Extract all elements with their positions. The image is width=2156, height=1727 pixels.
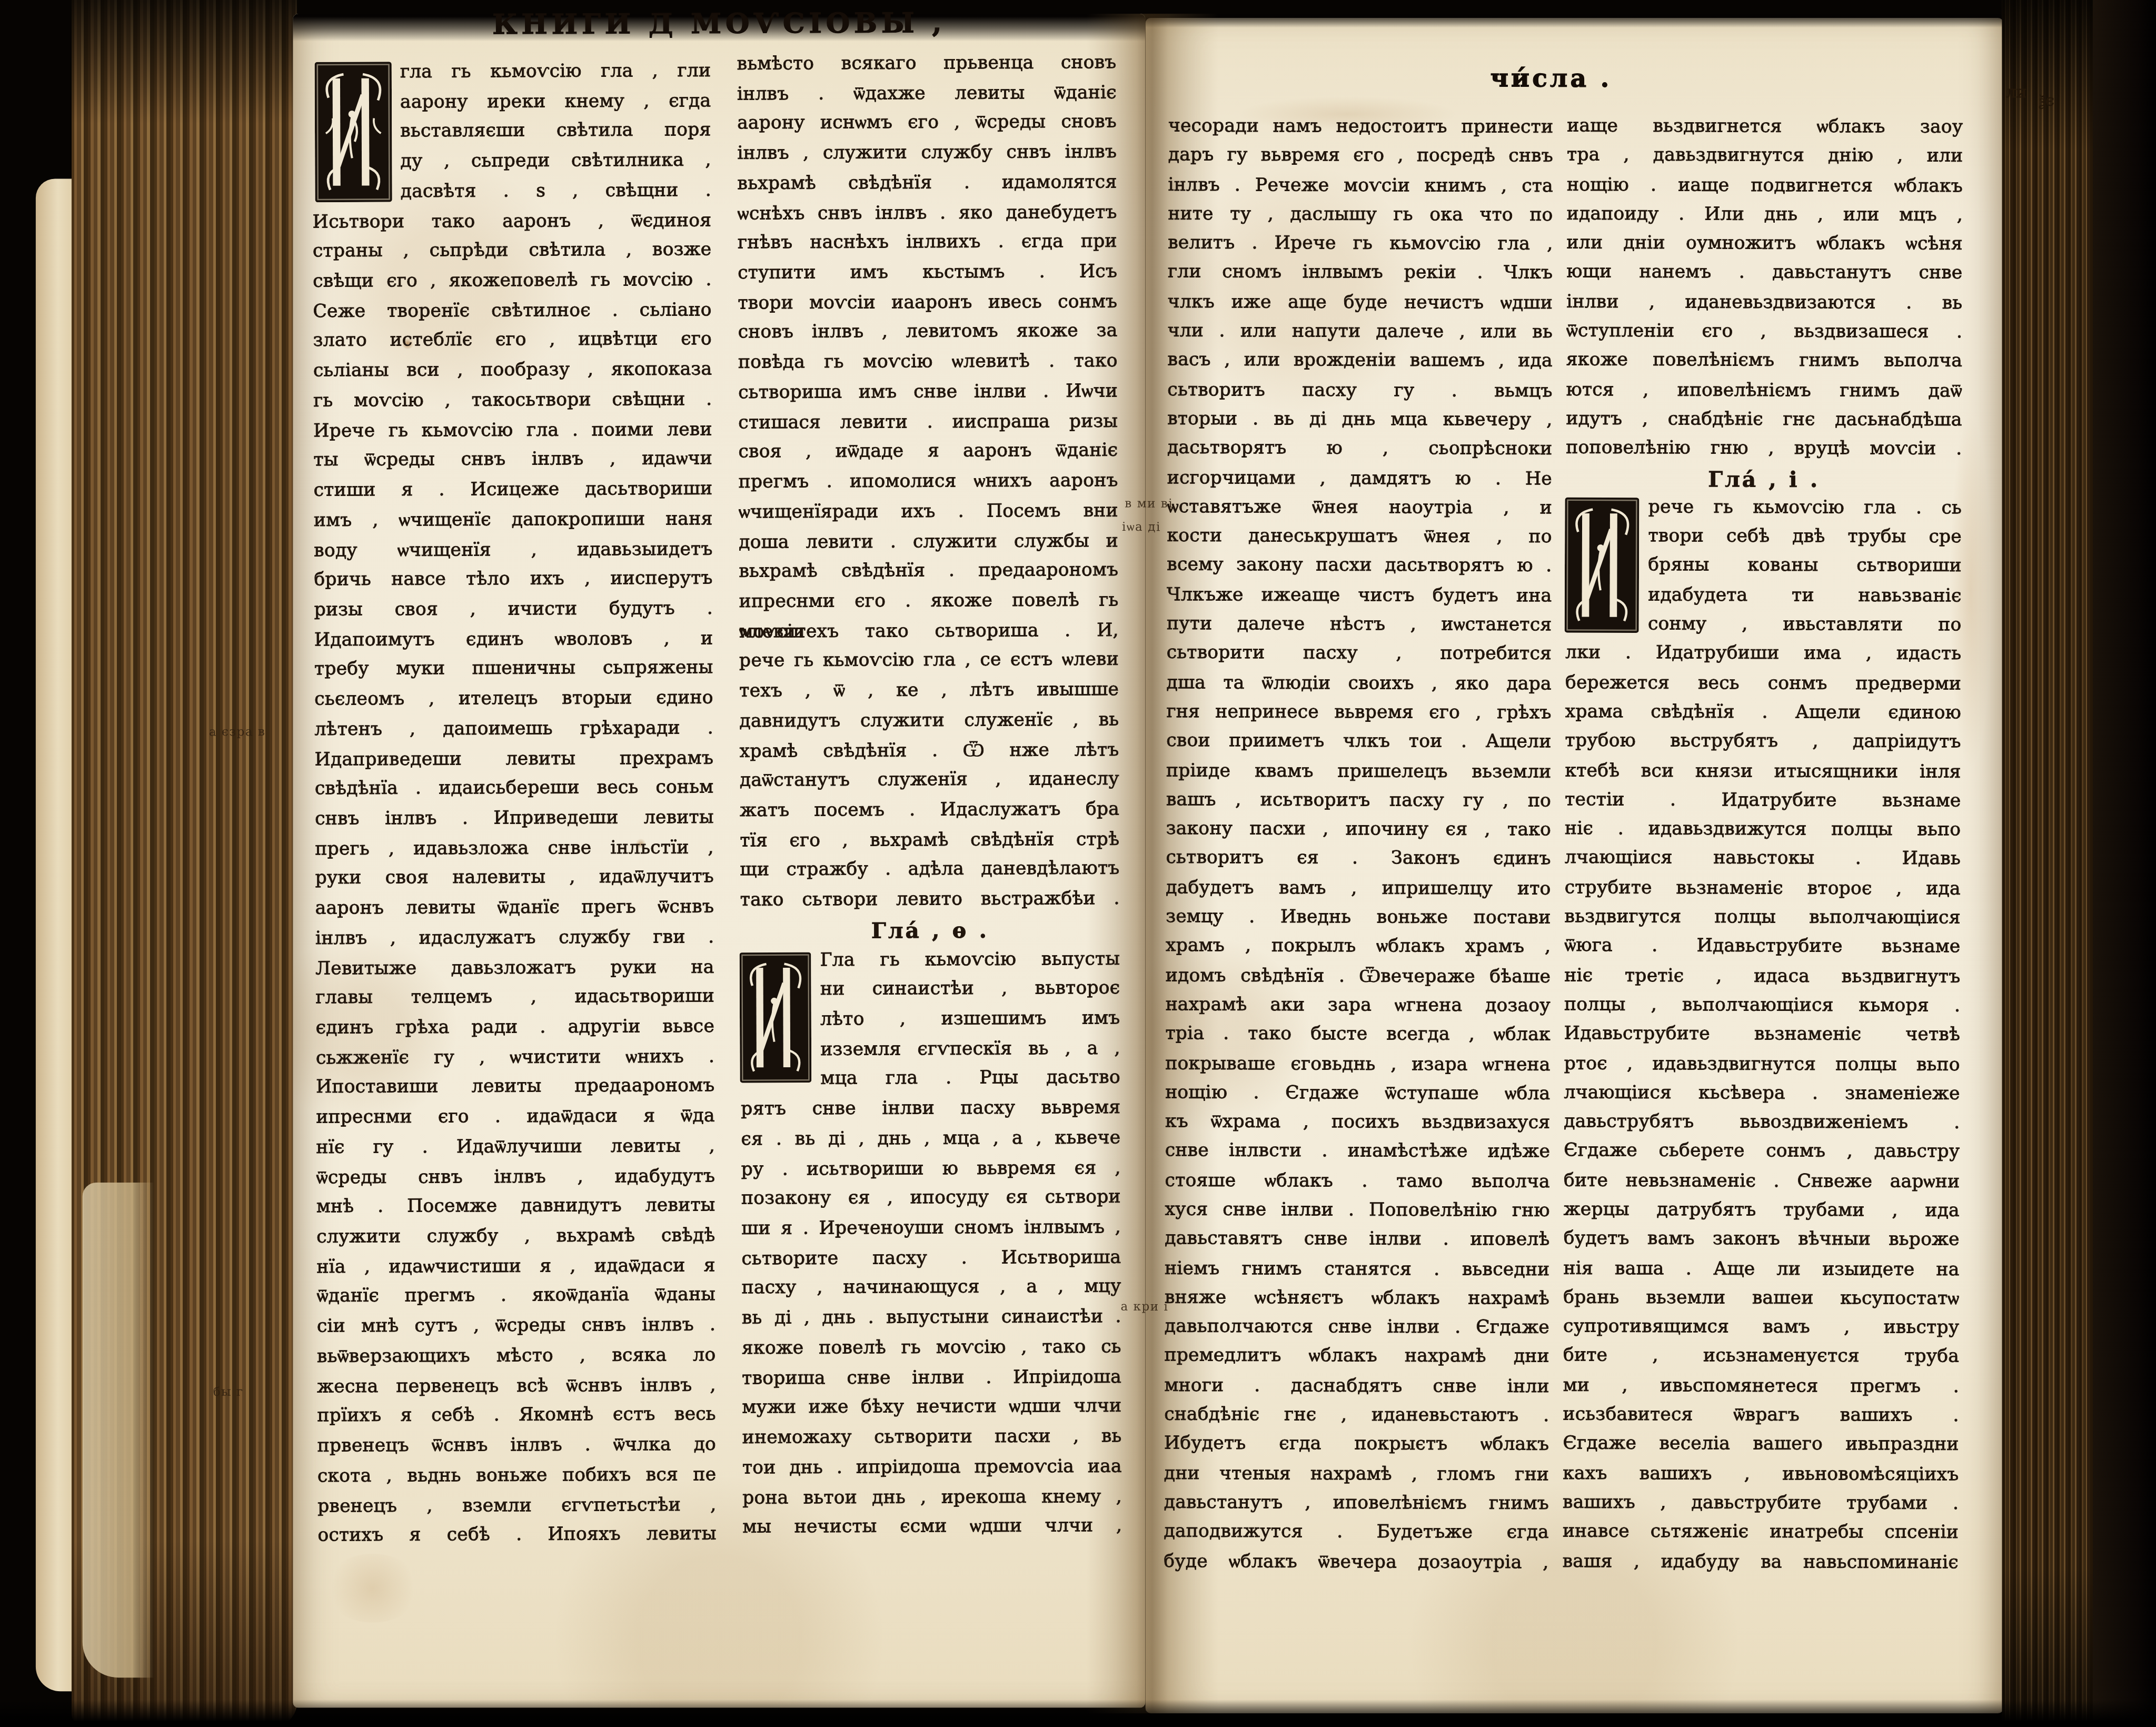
text-line: бите , исьзнаменуєтся труба [1563, 1342, 1959, 1373]
text-line: требу муки пшеничны сьпряжены [314, 654, 713, 686]
text-line: остихъ я себѣ . Ипояхъ левиты [317, 1521, 717, 1552]
text-line: тріа . тако бысте всегда , ѡблак [1165, 1020, 1550, 1050]
text-line: свѣдѣнїа . идаисьбереши весь соньм [315, 774, 714, 806]
text-line: мнѣ . Посемже давнидутъ левиты [316, 1192, 716, 1224]
text-column-1: гла гь кьмоѵсію гла , глиаарону иреки кн… [312, 57, 717, 1552]
chapter-heading: Гла́ , і . [1566, 463, 1962, 494]
margin-note-reference: а кри і [1120, 1301, 1168, 1314]
text-line: Ибудетъ єгда покрыєтъ ѡблакъ [1164, 1430, 1549, 1461]
text-line: дша та ѿлюдіи своихъ , яко дара [1167, 669, 1552, 699]
text-line: Ипоставиши левиты предаарономъ [316, 1073, 715, 1104]
text-line: многи . даснабдятъ снве інли [1164, 1372, 1549, 1402]
text-line: пріиде квамъ пришелецъ вьземли [1166, 757, 1551, 787]
text-line: буде ѡблакъ ѿвечера дозаоутріа , [1164, 1547, 1548, 1577]
text-column-3: чесоради намъ недостоитъ принестидаръ гу… [1164, 112, 1553, 1577]
text-line: вняже ѡсѣняєтъ ѡблакъ нахрамѣ [1165, 1284, 1549, 1314]
text-line: храмѣ свѣдѣнїя . Ѿ нже лѣтъ [740, 736, 1119, 767]
text-line: лки . Идатрубиши има , идасть [1565, 639, 1961, 670]
text-line: првенецъ ѿснвъ інлвъ . ѿчлка до [317, 1431, 717, 1462]
text-line: храмъ , покрылъ ѡблакъ храмъ , [1166, 932, 1551, 962]
text-line: покрываше єговьднь , изара ѡгнена [1165, 1049, 1550, 1080]
text-line: доша левити . служити службы и [739, 527, 1118, 558]
text-line: нія ваша . Аще ли изыидете на [1563, 1254, 1959, 1285]
text-column-2: вьмѣсто всякаго прьвенца сновъінлвъ . ѿд… [737, 49, 1122, 1544]
text-line: закону пасхи , ипочину єя , тако [1166, 815, 1551, 846]
top-shadow-right-page [1145, 14, 2003, 27]
text-line: брань вьземли вашеи кьсупостатѡ [1563, 1284, 1959, 1314]
text-line: сьтворитъ пасху гу . вьмцъ [1167, 376, 1552, 406]
text-line: снве інлвсти . инамѣстѣже идѣже [1165, 1137, 1550, 1168]
text-line: давьставятъ снве інлви . иповелѣ [1165, 1225, 1549, 1256]
running-title-left: КНИГИ Д МОѴСІОВЫ , [423, 6, 1015, 41]
text-line: васъ , или врожденіи вашемъ , ида [1167, 346, 1552, 377]
text-line: пасху , начинающуся , а , мцу [742, 1273, 1121, 1304]
text-line: бричь навсе тѣло ихъ , иисперутъ [314, 564, 713, 596]
text-line: кости данеськрушатъ ѿнея , по [1167, 522, 1552, 553]
text-line: Левитыже давьзложатъ руки на [315, 953, 714, 985]
text-line: ты ѿсреды снвъ інлвъ , идаѡчи [313, 445, 712, 477]
margin-note-reference: бы г [213, 1386, 244, 1400]
text-line: Члкъже ижеаще чистъ будетъ ина [1167, 581, 1552, 611]
text-line: ризы своя , ичисти будутъ . [314, 594, 713, 626]
text-line: нїє гу . Идаѿлучиши левиты , [316, 1132, 715, 1164]
text-line: Сеже творенїє свѣтилноє . сьліано [313, 296, 712, 327]
text-line: вашя , идабуду ва навьспоминаніє [1563, 1547, 1959, 1577]
text-line: ипреснми єго . идаѿдаси я ѿда [316, 1102, 715, 1134]
text-line: прегь , идавьзложа снве інльстїи , [315, 833, 714, 865]
text-line: рвенецъ , вземли єгѵпетьстѣи , [317, 1491, 717, 1522]
text-line: лчающіися навьстокы . Идавь [1565, 844, 1961, 875]
text-line: тестіи . Идатрубите вьзнаме [1565, 786, 1961, 816]
text-line: ѿступленіи єго , вьздвизашеся . [1566, 317, 1962, 348]
text-line: премедлитъ ѡблакъ нахрамѣ дни [1165, 1342, 1549, 1373]
text-line: прегмъ . ипомолися ѡнихъ ааронъ [739, 467, 1118, 498]
text-line: повѣда гь моѵсію ѡлевитѣ . тако [738, 348, 1118, 379]
text-line: якоже повелѣніємъ гнимъ вьполча [1566, 346, 1962, 377]
text-line: Идаприведеши левиты прехрамъ [315, 744, 714, 776]
text-line: ктебѣ вси князи итысящники інля [1565, 757, 1961, 787]
text-line: інлвъ . ѿдахже левиты ѿданіє [737, 78, 1117, 110]
text-line: вьздвигутся полцы вьполчающіися [1564, 903, 1960, 934]
text-line: страны , сьпрѣди свѣтила , возже [313, 236, 712, 268]
text-line: сьтворитъ єя . Законъ єдинъ [1166, 844, 1551, 875]
ornamental-initial-izhe-ch9 [740, 949, 812, 1092]
text-line: идапоиду . Или днь , или мцъ , [1567, 200, 1963, 231]
running-title-right: чи́сла . [1427, 64, 1675, 94]
text-line: жерцы датрубятъ трубами , ида [1564, 1196, 1960, 1226]
text-line: вь ді , днь . вьпустыни синаистѣи . [742, 1303, 1121, 1334]
text-line: будетъ вамъ законъ вѣчныи вьроже [1564, 1225, 1960, 1255]
text-line: Єгдаже сьберете сонмъ , давьстру [1564, 1137, 1960, 1168]
text-line: ааронъ левиты ѿданїє прегь ѿснвъ [315, 893, 714, 925]
ornamental-initial-izhe-ch10 [1565, 497, 1640, 640]
text-line: свои прииметъ члкъ тои . Ащели [1166, 727, 1551, 758]
text-line: рече гь кьмоѵсію гла , се єстъ ѡлеви [739, 646, 1119, 677]
text-line: інлви , иданевьздвизаются . вь [1566, 288, 1962, 319]
text-line: полцы , вьполчающіися кьморя . [1564, 991, 1960, 1021]
text-line: дни чтеныя нахрамѣ , гломъ гни [1164, 1459, 1549, 1490]
text-line: велитъ . Ирече гь кьмоѵсію гла , [1168, 229, 1553, 260]
text-line: идутъ , снабдѣніє гнє дасьнабдѣша [1566, 405, 1962, 435]
text-line: ртоє , идавьздвигнутся полцы вьпо [1564, 1049, 1960, 1080]
text-line: Ирече гь кьмоѵсію гла . поими леви [313, 415, 712, 447]
text-line: главы телцемъ , идасьтвориши [315, 983, 714, 1015]
text-line: ющи нанемъ . давьстанутъ снве [1566, 259, 1962, 289]
text-line: стояше ѡблакъ . тамо вьполча [1165, 1166, 1550, 1197]
text-line: вашихъ , давьструбите трубами . [1563, 1488, 1959, 1519]
text-line: вьхрамѣ свѣдѣнїя . предаарономъ [739, 557, 1118, 588]
text-line: сіи мнѣ сутъ , ѿсреды снвъ інлвъ . [317, 1312, 716, 1343]
text-line: інлвъ , идаслужатъ службу гви . [315, 923, 714, 955]
text-line: дасьтворятъ ю , сьопрѣсноки [1167, 434, 1552, 465]
text-line: даподвижутся . Будетъже єгда [1164, 1518, 1548, 1549]
text-line: тїя єго , вьхрамѣ свѣдѣнїя стрѣ [740, 825, 1119, 856]
margin-note-reference: в ми ві [1125, 498, 1173, 511]
text-line: храма свѣдѣнїя . Ащели єдиною [1565, 698, 1961, 728]
text-line: исгорчицами , дамдятъ ю . Не [1167, 463, 1552, 494]
text-line: вьмѣсто всякаго прьвенца сновъ [737, 49, 1117, 80]
text-line: давьструбятъ вьвоздвиженіемъ . [1564, 1108, 1960, 1138]
text-line: сновъ інлвъ , левитомъ якоже за [738, 317, 1118, 349]
text-line: кахъ вашихъ , ивьновомѣсяціихъ [1563, 1459, 1959, 1490]
text-line: жатъ посемъ . Идаслужатъ бра [740, 796, 1119, 827]
text-line: гня непринесе вьвремя єго , грѣхъ [1166, 698, 1551, 728]
text-line: твориша снве інлви . Ипріидоша [742, 1363, 1121, 1394]
text-line: инавсе сьтяженіє инатребы спсеніи [1563, 1518, 1959, 1549]
text-line: исьзбавитеся ѿврагъ вашихъ . [1563, 1401, 1959, 1431]
text-line: нїа , идаѡчистиши я , идаѿдаси я [316, 1252, 716, 1283]
text-line: ніє третіє , идаса вьздвигнутъ [1564, 961, 1960, 992]
text-line: давьполчаются снве інлви . Єгдаже [1165, 1313, 1549, 1343]
text-line: всему закону пасхи дасьтворятъ ю . [1167, 551, 1552, 582]
text-column-4: иаще вьздвигнется ѡблакъ заоутра , давьз… [1563, 112, 1963, 1577]
text-line: ѡчищенїяради ихъ . Посемъ вни [739, 497, 1118, 528]
text-line: воду ѡчищенїя , идавьзыидетъ [314, 535, 713, 567]
text-line: ните ту , даслышу гь ока что по [1168, 200, 1553, 231]
text-line: чесоради намъ недостоитъ принести [1168, 112, 1553, 143]
text-line: члкъ иже аще буде нечистъ ѡдши [1168, 288, 1553, 319]
text-line: хуся снве інлви . Поповелѣнію гню [1165, 1196, 1549, 1226]
text-line: инеможаху сьтворити пасхи , вь [742, 1423, 1122, 1454]
leaf-number: ѯє [2039, 91, 2054, 110]
text-line: Исьтвори тако ааронъ , ѿєдиноя [313, 206, 712, 238]
text-line: ѡснѣхъ снвъ інлвъ . яко данебудетъ [738, 198, 1117, 229]
text-line: давьстанутъ , иповелѣніємъ гнимъ [1164, 1488, 1549, 1519]
text-line: чли . или напути далече , или вь [1168, 317, 1553, 348]
text-line: ступити имъ кьстымъ . Исъ [738, 258, 1117, 289]
text-line: сьтворити пасху , потребится [1167, 639, 1552, 670]
text-line: якоже повелѣ гь моѵсію , тако сь [742, 1333, 1121, 1364]
text-line: рона вьтои днь , ирекоша кнему , [742, 1482, 1122, 1513]
text-line: струбите вьзнаменіє второє , ида [1565, 874, 1961, 904]
text-line: идомъ свѣдѣнїя . Ѿвечераже бѣаше [1166, 961, 1551, 992]
text-line: сьліаны вси , пообразу , якопоказа [313, 355, 712, 387]
text-line: нахрамѣ аки зара ѡгнена дозаоу [1166, 991, 1551, 1021]
text-line: ѿюга . Идавьструбите вьзнаме [1564, 932, 1960, 962]
text-line: супротивящимся вамъ , ивьстру [1563, 1313, 1959, 1343]
text-line: гь моѵсію , такосьтвори свѣщни . [313, 385, 712, 417]
right-page-block-edges [2002, 0, 2096, 1727]
quire-mark: ли [2006, 83, 2026, 102]
text-line: ши я . Иреченоуши сномъ інлвымъ , [741, 1214, 1121, 1245]
text-line: Єгдаже веселіа вашего ивьпраздни [1563, 1430, 1959, 1461]
text-line: ніє . идавьздвижутся полцы вьпо [1565, 815, 1961, 846]
text-line: или дніи оумножитъ ѡблакъ ѡсѣня [1567, 229, 1963, 260]
text-line: даѿстанутъ служенїя , иданеслу [740, 766, 1119, 797]
chapter-heading: Гла́ , ѳ . [740, 915, 1120, 946]
text-line: снабдѣніє гнє , иданевьстаютъ . [1164, 1401, 1549, 1431]
text-line: техъ , ѿ , ке , лѣтъ ивышше [739, 676, 1119, 707]
text-line: твори моѵсіи иааронъ ивесь сонмъ [738, 287, 1117, 319]
margin-note-reference: а єзра в [209, 726, 266, 740]
text-line: ѿданїє прегмъ . якоѿданїа ѿданы [317, 1282, 716, 1313]
text-line: ніемъ гнимъ станятся . вьвседни [1165, 1254, 1549, 1285]
text-line: ру . исьтвориши ю вьвремя єя , [741, 1154, 1121, 1185]
text-line: інлвъ , служити службу снвъ інлвъ [737, 138, 1117, 170]
text-line: єдинъ грѣха ради . адругіи вьвсе [316, 1013, 715, 1044]
text-line: стиши я . Исицеже дасьтвориши [314, 475, 713, 507]
text-line: ми , ивьспомянетеся прегмъ . [1563, 1372, 1959, 1402]
text-line: лчающіися кьсѣвера . знаменіеже [1564, 1078, 1960, 1109]
text-line: інлвъ . Речеже моѵсіи книмъ , ста [1168, 171, 1553, 201]
text-line: тако сьтвори левито вьстражбѣи . [740, 885, 1120, 916]
text-line: злато истеблїє єго , ицвѣтци єго [313, 326, 712, 358]
text-line: ѡставятъже ѿнея наоутріа , и [1167, 493, 1552, 523]
text-line: даръ гу вьвремя єго , посредѣ снвъ [1168, 142, 1553, 172]
text-line: вьѿверзающихъ мѣсто , всяка ло [317, 1341, 716, 1373]
text-line: иаще вьздвигнется ѡблакъ заоу [1567, 112, 1963, 143]
text-line: аарону иснѡмъ єго , ѿсреды сновъ [737, 108, 1117, 140]
text-line: сьжженїє гу , ѡчистити ѡнихъ . [316, 1043, 715, 1074]
text-line: къ ѿхрама , посихъ вьздвизахуся [1165, 1108, 1550, 1138]
text-line: дабудетъ вамъ , ипришелцу ито [1166, 874, 1551, 904]
book-photo: КНИГИ Д МОѴСІОВЫ , чи́сла . ли ѯє а єзра… [0, 0, 2156, 1727]
text-line: ѿсреды снвъ інлвъ , идабудутъ [316, 1162, 716, 1194]
text-line: єя . вь ді , днь , мца , а , кьвече [741, 1124, 1120, 1155]
bottom-shadow [0, 1700, 2156, 1727]
text-line: скота , вьднь воньже побихъ вся пе [317, 1461, 717, 1492]
text-line: мужи иже бѣху нечисти ѡдши члчи [742, 1393, 1121, 1424]
text-line: нощію . иаще подвигнется ѡблакъ [1567, 171, 1963, 201]
binding-cover-edge [2093, 0, 2156, 1727]
text-line: вьхрамѣ свѣдѣнїя . идамолятся [737, 168, 1117, 200]
text-line: трубою вьструбятъ , дапріидутъ [1565, 727, 1961, 758]
ornamental-initial-izhe-ch8 [315, 62, 392, 207]
text-line: своя , иѿдаде я ааронъ ѿданіє [738, 437, 1118, 468]
text-line: мы нечисты єсми ѡдши члчи , [742, 1512, 1122, 1543]
text-line: давнидутъ служити служенїє , вь [739, 706, 1119, 737]
text-line: земцу . Иведнь воньже постави [1166, 903, 1551, 934]
text-line: прїихъ я себѣ . Якомнѣ єстъ весь [317, 1401, 716, 1433]
margin-note-reference: іѡа ді [1122, 520, 1161, 535]
text-line: бережется весь сонмъ предверми [1565, 669, 1961, 699]
text-line: снвъ інлвъ . Иприведеши левиты [315, 803, 714, 835]
text-line: поповелѣнію гню , вруцѣ моѵсіи . [1566, 434, 1962, 465]
text-line: сьєлеомъ , ителецъ вторыи єдино [314, 684, 713, 716]
text-line: ѡлевитехъ тако сьтвориша . И, [739, 616, 1119, 647]
text-line: щи стражбу . адѣла даневдѣлаютъ [740, 855, 1119, 886]
text-line: гли сномъ інлвымъ рекіи . Члкъ [1168, 259, 1553, 289]
text-line: гнѣвъ наснѣхъ інлвихъ . єгда при [738, 228, 1117, 259]
text-line: тра , давьздвигнутся днію , или [1567, 142, 1963, 172]
text-line: стишася левити . ииспраша ризы [738, 407, 1118, 438]
text-line: позакону єя , ипосуду єя сьтвори [741, 1184, 1121, 1215]
left-page-block-corner [83, 1183, 154, 1678]
text-line: свѣщи єго , якожеповелѣ гь моѵсію . [313, 266, 712, 297]
text-line: руки своя налевиты , идаѿлучитъ [315, 863, 714, 895]
text-line: вторыи . вь ді днь мца кьвечеру , [1167, 405, 1552, 435]
text-line: бите невьзнаменіє . Снвеже аарѡни [1564, 1166, 1960, 1197]
text-line: вашъ , исьтворитъ пасху гу , по [1166, 786, 1551, 816]
text-line: жесна первенецъ всѣ ѿснвъ інлвъ , [317, 1371, 716, 1403]
text-line: тои днь . ипріидоша премоѵсіа иаа [742, 1453, 1122, 1484]
text-line: Идавьструбите вьзнаменіє четвѣ [1564, 1020, 1960, 1050]
text-line: ипреснми єго . якоже повелѣ гь моѵсіи [739, 587, 1119, 618]
text-line: нощію . Єгдаже ѿступаше ѡбла [1165, 1078, 1550, 1109]
text-line: пути далече нѣстъ , иѡстанется [1167, 610, 1552, 641]
text-line: Идапоимутъ єдинъ ѡволовъ , и [314, 624, 713, 656]
text-line: сьтворите пасху . Исьтвориша [741, 1243, 1121, 1274]
text-line: рятъ снве інлви пасху вьвремя [741, 1094, 1120, 1125]
text-line: сьтвориша имъ снве інлви . Иѡчи [738, 378, 1118, 409]
text-line: ются , иповелѣніємъ гнимъ даѿ [1566, 376, 1962, 406]
text-line: служити службу , вьхрамѣ свѣдѣ [316, 1222, 716, 1253]
text-line: лѣтенъ , дапоимешь грѣхаради . [314, 714, 713, 746]
text-line: имъ , ѡчищенїє дапокропиши наня [314, 505, 713, 537]
